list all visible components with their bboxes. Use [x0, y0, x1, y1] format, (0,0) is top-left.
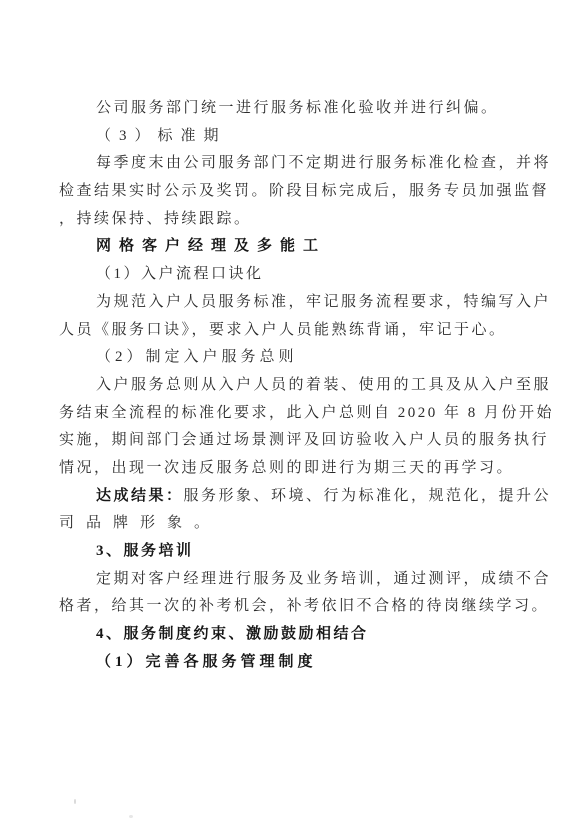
doc-line: 实施，期间部门会通过场景测评及回访验收入户人员的服务执行	[59, 427, 519, 455]
subheading-improve-service-management: （1）完善各服务管理制度	[59, 649, 519, 677]
heading-service-training: 3、服务培训	[59, 538, 519, 566]
doc-line: 达成结果：服务形象、环境、行为标准化，规范化，提升公	[59, 483, 519, 511]
doc-line: 为规范入户人员服务标准，牢记服务流程要求，特编写入户	[59, 289, 519, 317]
doc-line: ，持续保持、持续跟踪。	[59, 206, 519, 234]
heading-service-system: 4、服务制度约束、激励鼓励相结合	[59, 621, 519, 649]
doc-line: 务结束全流程的标准化要求，此入户总则自 2020 年 8 月份开始	[59, 400, 519, 428]
doc-line: 检查结果实时公示及奖罚。阶段目标完成后，服务专员加强监督	[59, 178, 519, 206]
heading-grid-customer-manager: 网格客户经理及多能工	[59, 233, 519, 261]
doc-line: 入户服务总则从入户人员的着装、使用的工具及从入户至服	[59, 372, 519, 400]
doc-line: 人员《服务口诀》，要求入户人员能熟练背诵，牢记于心。	[59, 317, 519, 345]
doc-line: 司品牌形象。	[59, 510, 519, 538]
document-text-block: 公司服务部门统一进行服务标准化验收并进行纠偏。 （3）标准期 每季度末由公司服务…	[59, 95, 519, 676]
achieved-result-text: 服务形象、环境、行为标准化，规范化，提升公	[184, 488, 552, 504]
achieved-result-label: 达成结果：	[96, 488, 184, 504]
doc-line: 公司服务部门统一进行服务标准化验收并进行纠偏。	[59, 95, 519, 123]
subheading-entry-process: （1）入户流程口诀化	[59, 261, 519, 289]
doc-line: 定期对客户经理进行服务及业务培训，通过测评，成绩不合	[59, 566, 519, 594]
document-page: 公司服务部门统一进行服务标准化验收并进行纠偏。 （3）标准期 每季度末由公司服务…	[0, 0, 574, 824]
subheading-standard-period: （3）标准期	[59, 123, 519, 151]
doc-line: 情况，出现一次违反服务总则的即进行为期三天的再学习。	[59, 455, 519, 483]
subheading-entry-service-rules: （2）制定入户服务总则	[59, 344, 519, 372]
doc-line: 每季度末由公司服务部门不定期进行服务标准化检查，并将	[59, 150, 519, 178]
doc-line: 格者，给其一次的补考机会，补考依旧不合格的待岗继续学习。	[59, 593, 519, 621]
scan-speck	[129, 815, 133, 818]
scan-speck	[74, 799, 76, 804]
